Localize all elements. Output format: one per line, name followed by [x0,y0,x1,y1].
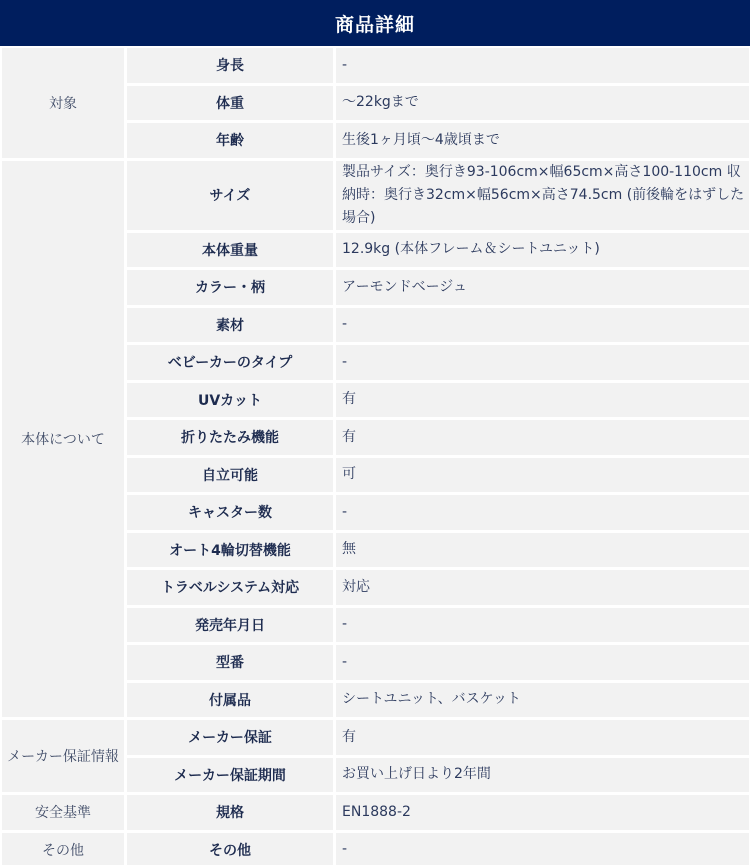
row-value: 可 [336,458,749,493]
row-value: 生後1ヶ月頃～4歳頃まで [336,123,749,158]
group-label: 本体について [2,161,124,718]
group-label: メーカー保証情報 [2,720,124,792]
row-label: 発売年月日 [127,608,333,643]
row-label: 折りたたみ機能 [127,420,333,455]
row-label: キャスター数 [127,495,333,530]
row-value: 12.9kg (本体フレーム＆シートユニット) [336,233,749,268]
row-value: - [336,645,749,680]
row-label: その他 [127,833,333,865]
row-label: 年齢 [127,123,333,158]
row-value: 有 [336,383,749,418]
row-label: メーカー保証期間 [127,758,333,793]
row-value: - [336,345,749,380]
group-label: 安全基準 [2,795,124,830]
row-label: 体重 [127,86,333,121]
row-value: シートユニット、バスケット [336,683,749,718]
row-value: - [336,308,749,343]
table-row: 本体について サイズ 製品サイズ：奥行き93-106cm×幅65cm×高さ100… [2,161,749,230]
row-value: 対応 [336,570,749,605]
row-label: 本体重量 [127,233,333,268]
row-label: 素材 [127,308,333,343]
row-value: アーモンドベージュ [336,270,749,305]
row-label: 型番 [127,645,333,680]
group-label: その他 [2,833,124,865]
row-label: オート4輪切替機能 [127,533,333,568]
row-value: - [336,833,749,865]
row-label: 規格 [127,795,333,830]
row-value: 有 [336,420,749,455]
row-value: 製品サイズ：奥行き93-106cm×幅65cm×高さ100-110cm 収納時：… [336,161,749,230]
row-label: メーカー保証 [127,720,333,755]
row-label: ベビーカーのタイプ [127,345,333,380]
row-value: - [336,48,749,83]
table-row: 安全基準 規格 EN1888-2 [2,795,749,830]
product-details-header: 商品詳細 [0,0,750,46]
row-label: 付属品 [127,683,333,718]
page-title: 商品詳細 [335,10,415,37]
table-row: 対象 身長 - [2,48,749,83]
row-value: 有 [336,720,749,755]
row-value: - [336,495,749,530]
row-value: お買い上げ日より2年間 [336,758,749,793]
row-label: 自立可能 [127,458,333,493]
group-label: 対象 [2,48,124,158]
row-label: サイズ [127,161,333,230]
table-row: その他 その他 - [2,833,749,865]
row-label: 身長 [127,48,333,83]
row-value: ～22kgまで [336,86,749,121]
table-row: メーカー保証情報 メーカー保証 有 [2,720,749,755]
product-spec-table: 対象 身長 - 体重 ～22kgまで 年齢 生後1ヶ月頃～4歳頃まで 本体につい… [0,45,750,865]
row-value: 無 [336,533,749,568]
row-value: EN1888-2 [336,795,749,830]
row-label: トラベルシステム対応 [127,570,333,605]
row-label: UVカット [127,383,333,418]
row-value: - [336,608,749,643]
row-label: カラー・柄 [127,270,333,305]
